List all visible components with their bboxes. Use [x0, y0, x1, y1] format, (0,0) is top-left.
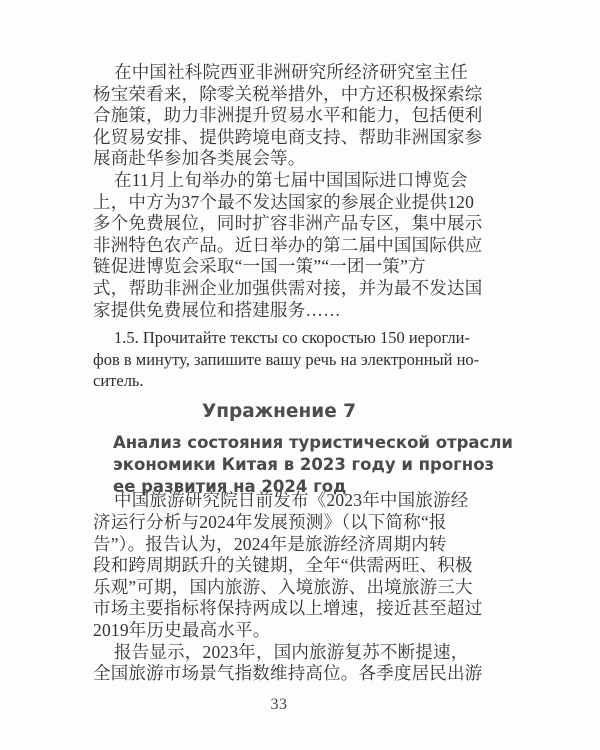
text-line: 化贸易安排、提供跨境电商支持、帮助非洲国家参: [93, 127, 465, 149]
text-line: 杨宝荣看来，除零关税举措外，中方还积极探索综: [93, 84, 465, 106]
text-line: ситель.: [93, 370, 465, 391]
text-line: 合施策，助力非洲提升贸易水平和能力，包括便利: [93, 105, 465, 127]
text-line: 在中国社科院西亚非洲研究所经济研究室主任: [93, 62, 465, 84]
text-line: 展商赴华参加各类展会等。: [93, 148, 465, 170]
text-line: 在11月上旬举办的第七届中国国际进口博览会: [93, 170, 465, 192]
text-line: 2019年历史最高水平。: [93, 620, 465, 642]
article-title: Анализ состояния туристической отраслиэк…: [93, 432, 465, 498]
text-line: Анализ состояния туристической отрасли: [113, 432, 465, 454]
text-line: 链促进博览会采取“一国一策”“一团一策”方: [93, 256, 465, 278]
text-line: 上，中方为37个最不发达国家的参展企业提供120: [93, 192, 465, 214]
text-line: 济运行分析与2024年发展预测》（以下简称“报: [93, 512, 465, 534]
text-line: экономики Китая в 2023 году и прогноз: [113, 454, 465, 476]
text-line: 式，帮助非洲企业加强供需对接，并为最不发达国: [93, 278, 465, 300]
exercise-7-heading: Упражнение 7: [93, 401, 465, 422]
paragraph-tourism-report-1: 中国旅游研究院日前发布《2023年中国旅游经济运行分析与2024年发展预测》（以…: [93, 490, 465, 641]
paragraph-africa-trade-1: 在中国社科院西亚非洲研究所经济研究室主任杨宝荣看来，除零关税举措外，中方还积极探…: [93, 62, 465, 170]
text-line: фов в минуту, запишите вашу речь на элек…: [93, 349, 465, 370]
page-number: 33: [93, 696, 465, 714]
text-line: 全国旅游市场景气指数维持高位。各季度居民出游: [93, 663, 465, 685]
text-line: 报告显示，2023年，国内旅游复苏不断提速，: [93, 642, 465, 664]
task-instruction-1-5: 1.5. Прочитайте тексты со скоростью 150 …: [93, 327, 465, 391]
text-line: 乐观”可期，国内旅游、入境旅游、出境旅游三大: [93, 577, 465, 599]
text-line: 多个免费展位，同时扩容非洲产品专区，集中展示: [93, 213, 465, 235]
book-page: 在中国社科院西亚非洲研究所经济研究室主任杨宝荣看来，除零关税举措外，中方还积极探…: [0, 0, 600, 750]
text-line: 非洲特色农产品。近日举办的第二届中国国际供应: [93, 235, 465, 257]
text-line: 市场主要指标将保持两成以上增速，接近甚至超过: [93, 598, 465, 620]
text-line: 中国旅游研究院日前发布《2023年中国旅游经: [93, 490, 465, 512]
text-line: 家提供免费展位和搭建服务……: [93, 300, 465, 322]
text-line: 1.5. Прочитайте тексты со скоростью 150 …: [93, 327, 465, 348]
text-block: 在中国社科院西亚非洲研究所经济研究室主任杨宝荣看来，除零关税举措外，中方还积极探…: [93, 62, 465, 685]
paragraph-tourism-report-2: 报告显示，2023年，国内旅游复苏不断提速，全国旅游市场景气指数维持高位。各季度…: [93, 642, 465, 685]
text-line: 告”）。报告认为，2024年是旅游经济周期内转: [93, 534, 465, 556]
text-line: 段和跨周期跃升的关键期，全年“供需两旺、积极: [93, 555, 465, 577]
paragraph-africa-trade-2: 在11月上旬举办的第七届中国国际进口博览会上，中方为37个最不发达国家的参展企业…: [93, 170, 465, 321]
